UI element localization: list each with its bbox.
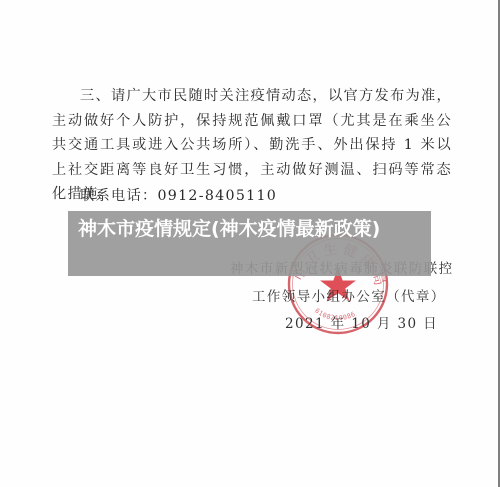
caption-title: 神木市疫情规定(神木疫情最新政策) <box>78 218 380 240</box>
issuing-office: 工作领导小组办公室（代章） <box>252 285 446 305</box>
document-page: 三、请广大市民随时关注疫情动态，以官方发布为准，主动做好个人防护，保持规范佩戴口… <box>0 0 498 487</box>
title-caption-overlay: 神木市疫情规定(神木疫情最新政策) <box>68 211 431 276</box>
issue-date: 2021 年 10 月 30 日 <box>285 312 438 332</box>
contact-phone: 联系电话：0912-8405110 <box>80 185 277 205</box>
